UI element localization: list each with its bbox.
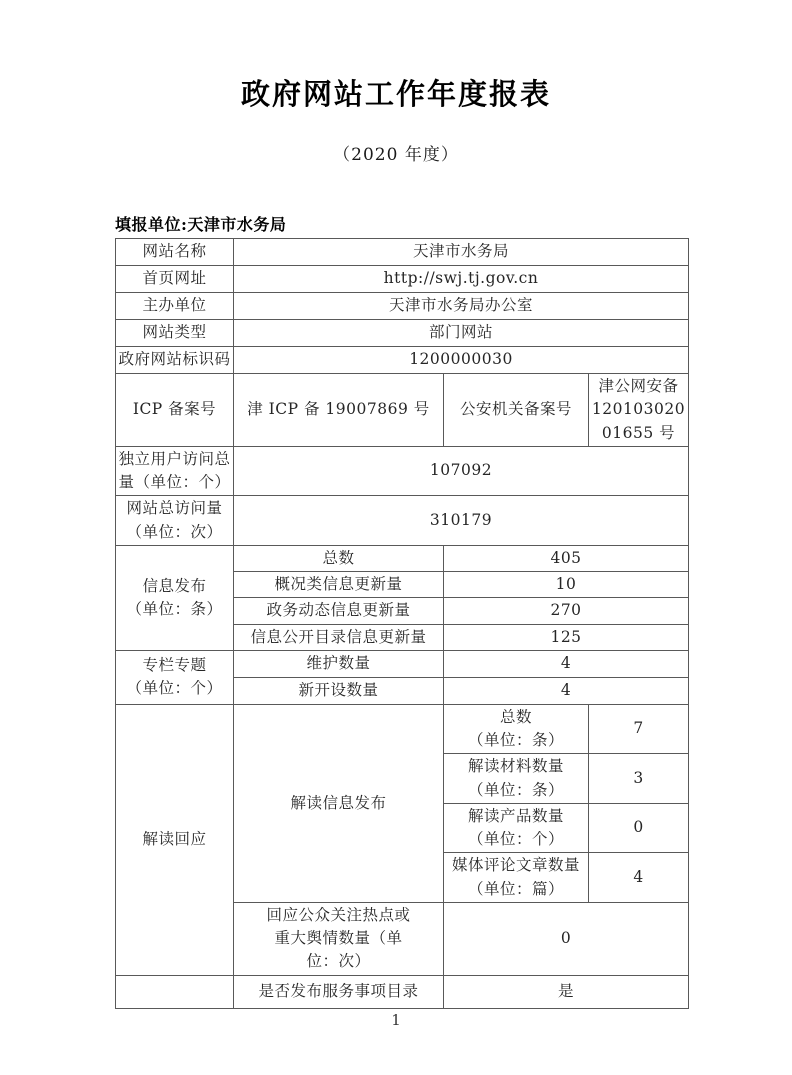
annual-report-table: 网站名称 天津市水务局 首页网址 http://swj.tj.gov.cn 主办…: [115, 238, 689, 1009]
page-number: 1: [0, 1011, 792, 1029]
field-label: 主办单位: [116, 293, 234, 320]
field-label: 总数: [234, 545, 444, 571]
field-value: 1200000030: [234, 347, 689, 374]
field-value: 310179: [234, 496, 689, 546]
field-label: 独立用户访问总量（单位：个）: [116, 446, 234, 496]
field-label: 公安机关备案号: [444, 374, 589, 447]
reporting-unit-line: 填报单位:天津市水务局: [115, 212, 286, 235]
field-value: 4: [589, 853, 689, 903]
field-label: 维护数量: [234, 650, 444, 677]
field-label: 回应公众关注热点或重大舆情数量（单位：次）: [234, 902, 444, 975]
field-label: 媒体评论文章数量（单位：篇）: [444, 853, 589, 903]
field-label: 政务动态信息更新量: [234, 598, 444, 624]
field-value: 天津市水务局办公室: [234, 293, 689, 320]
field-label: 政府网站标识码: [116, 347, 234, 374]
field-label: 解读材料数量（单位：条）: [444, 754, 589, 804]
section-label: 解读回应: [116, 704, 234, 975]
table-row: 是否发布服务事项目录 是: [116, 975, 689, 1008]
subsection-label: 解读信息发布: [234, 704, 444, 902]
table-row: 解读回应 解读信息发布 总数（单位：条） 7: [116, 704, 689, 754]
field-label: 概况类信息更新量: [234, 572, 444, 598]
table-row: 主办单位 天津市水务局办公室: [116, 293, 689, 320]
field-value: 10: [444, 572, 689, 598]
table-row: 首页网址 http://swj.tj.gov.cn: [116, 266, 689, 293]
field-label: 首页网址: [116, 266, 234, 293]
section-label: 专栏专题（单位：个）: [116, 650, 234, 704]
field-label: 是否发布服务事项目录: [234, 975, 444, 1008]
table-row: 网站总访问量（单位：次） 310179: [116, 496, 689, 546]
field-value: 0: [444, 902, 689, 975]
table-row: 网站类型 部门网站: [116, 320, 689, 347]
field-value: 0: [589, 803, 689, 853]
field-value: 7: [589, 704, 689, 754]
field-value: 津公网安备 12010302001655 号: [589, 374, 689, 447]
field-label: 解读产品数量（单位：个）: [444, 803, 589, 853]
table-row: ICP 备案号 津 ICP 备 19007869 号 公安机关备案号 津公网安备…: [116, 374, 689, 447]
empty-cell: [116, 975, 234, 1008]
field-value: 天津市水务局: [234, 239, 689, 266]
table-row: 独立用户访问总量（单位：个） 107092: [116, 446, 689, 496]
table-row: 政府网站标识码 1200000030: [116, 347, 689, 374]
field-value: 是: [444, 975, 689, 1008]
report-title: 政府网站工作年度报表: [0, 72, 792, 113]
field-value: 津 ICP 备 19007869 号: [234, 374, 444, 447]
table-row: 专栏专题（单位：个） 维护数量 4: [116, 650, 689, 677]
field-label: 信息公开目录信息更新量: [234, 624, 444, 650]
field-label: 网站总访问量（单位：次）: [116, 496, 234, 546]
report-page: 政府网站工作年度报表 （2020 年度） 填报单位:天津市水务局 网站名称 天津…: [0, 0, 792, 1075]
section-label: 信息发布（单位：条）: [116, 545, 234, 650]
field-label: 新开设数量: [234, 677, 444, 704]
field-label: 网站名称: [116, 239, 234, 266]
table-row: 信息发布（单位：条） 总数 405: [116, 545, 689, 571]
report-subtitle: （2020 年度）: [0, 140, 792, 165]
field-value: 部门网站: [234, 320, 689, 347]
reporting-unit-label: 填报单位:: [115, 215, 187, 234]
field-value: 4: [444, 650, 689, 677]
field-value: 270: [444, 598, 689, 624]
field-label: 总数（单位：条）: [444, 704, 589, 754]
reporting-unit-value: 天津市水务局: [187, 215, 286, 234]
field-value: http://swj.tj.gov.cn: [234, 266, 689, 293]
field-value: 3: [589, 754, 689, 804]
field-value: 405: [444, 545, 689, 571]
field-value: 107092: [234, 446, 689, 496]
field-label: ICP 备案号: [116, 374, 234, 447]
field-value: 4: [444, 677, 689, 704]
table-row: 网站名称 天津市水务局: [116, 239, 689, 266]
field-value: 125: [444, 624, 689, 650]
field-label: 网站类型: [116, 320, 234, 347]
